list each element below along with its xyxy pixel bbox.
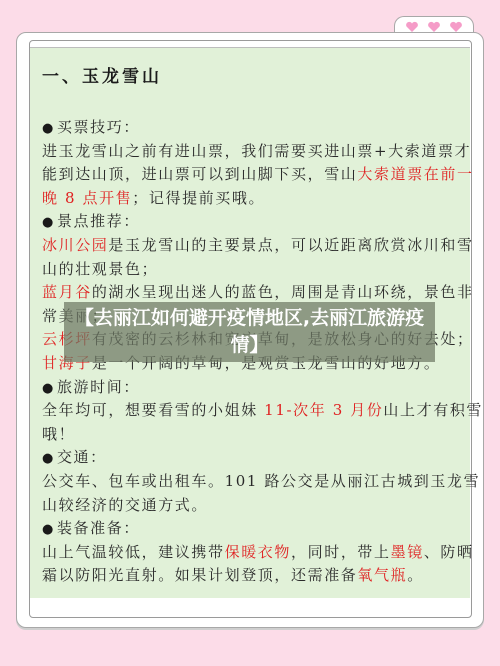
section-heading-text: 买票技巧： [57, 118, 140, 136]
paragraph-line: 能到达山顶，进山票可以到山脚下买，雪山大索道票在前一 [42, 163, 460, 187]
section-heading-text: 景点推荐： [57, 212, 140, 230]
text-segment: ，同时，带上 [291, 543, 391, 561]
highlighted-text: 墨镜 [391, 543, 424, 561]
overlay-title-text: 【去丽江如何避开疫情地区,去丽江旅游疫情】 [68, 305, 431, 359]
text-segment: 公交车、包车或出租车。101 路公交是从丽江古城到玉龙雪 [42, 472, 480, 490]
section-heading: 买票技巧： [42, 116, 460, 140]
highlighted-text: 11-次年 3 月份 [264, 401, 383, 419]
section-heading: 景点推荐： [42, 210, 460, 234]
highlighted-text: 氧气瓶 [357, 566, 407, 584]
page-title: 一、玉龙雪山 [42, 62, 162, 87]
paragraph-line: 进玉龙雪山之前有进山票，我们需要买进山票+大索道票才 [42, 140, 460, 164]
paragraph-line: 山的壮观景色； [42, 258, 460, 282]
highlighted-text: 保暖衣物 [225, 543, 291, 561]
paragraph-line: 晚 8 点开售；记得提前买哦。 [42, 187, 460, 211]
section-heading: 装备准备： [42, 517, 460, 541]
heart-icon [449, 21, 463, 33]
paragraph-line: 全年均可，想要看雪的小姐妹 11-次年 3 月份山上才有积雪 [42, 399, 460, 423]
text-segment: ；记得提前买哦。 [132, 189, 265, 207]
paragraph-line: 公交车、包车或出租车。101 路公交是从丽江古城到玉龙雪 [42, 470, 460, 494]
text-segment: 。 [407, 566, 424, 584]
text-segment: 山的壮观景色； [42, 260, 158, 278]
text-segment: 霜以防阳光直射。如果计划登顶，还需准备 [42, 566, 357, 584]
text-segment: 能到达山顶，进山票可以到山脚下买，雪山 [42, 165, 357, 183]
overlay-title-banner: 【去丽江如何避开疫情地区,去丽江旅游疫情】 [64, 302, 435, 362]
paragraph-line: 哦！ [42, 423, 460, 447]
text-segment: 、防晒 [424, 543, 474, 561]
heart-icon [427, 21, 441, 33]
text-segment: 哦！ [42, 425, 75, 443]
text-segment: 山较经济的交通方式。 [42, 496, 208, 514]
paragraph-line: 冰川公园是玉龙雪山的主要景点，可以近距离欣赏冰川和雪 [42, 234, 460, 258]
paragraph-line: 霜以防阳光直射。如果计划登顶，还需准备氧气瓶。 [42, 564, 460, 588]
paragraph-line: 山较经济的交通方式。 [42, 494, 460, 518]
text-segment: 山上气温较低，建议携带 [42, 543, 225, 561]
highlighted-text: 晚 8 点开售 [42, 189, 132, 207]
text-segment: 全年均可，想要看雪的小姐妹 [42, 401, 264, 419]
highlighted-text: 冰川公园 [42, 236, 108, 254]
section-heading-text: 装备准备： [57, 519, 140, 537]
text-segment: 进玉龙雪山之前有进山票，我们需要买进山票+大索道票才 [42, 142, 471, 160]
text-segment: 是玉龙雪山的主要景点，可以近距离欣赏冰川和雪 [108, 236, 473, 254]
highlighted-text: 大索道票在前一 [357, 165, 473, 183]
section-heading-text: 旅游时间： [57, 378, 140, 396]
section-heading-text: 交通： [57, 448, 107, 466]
text-segment: 的湖水呈现出迷人的蓝色，周围是青山环绕，景色非 [92, 283, 474, 301]
heart-icon [405, 21, 419, 33]
text-segment: 山上才有积雪 [383, 401, 483, 419]
highlighted-text: 蓝月谷 [42, 283, 92, 301]
section-heading: 交通： [42, 446, 460, 470]
paragraph-line: 山上气温较低，建议携带保暖衣物，同时，带上墨镜、防晒 [42, 541, 460, 565]
section-heading: 旅游时间： [42, 376, 460, 400]
